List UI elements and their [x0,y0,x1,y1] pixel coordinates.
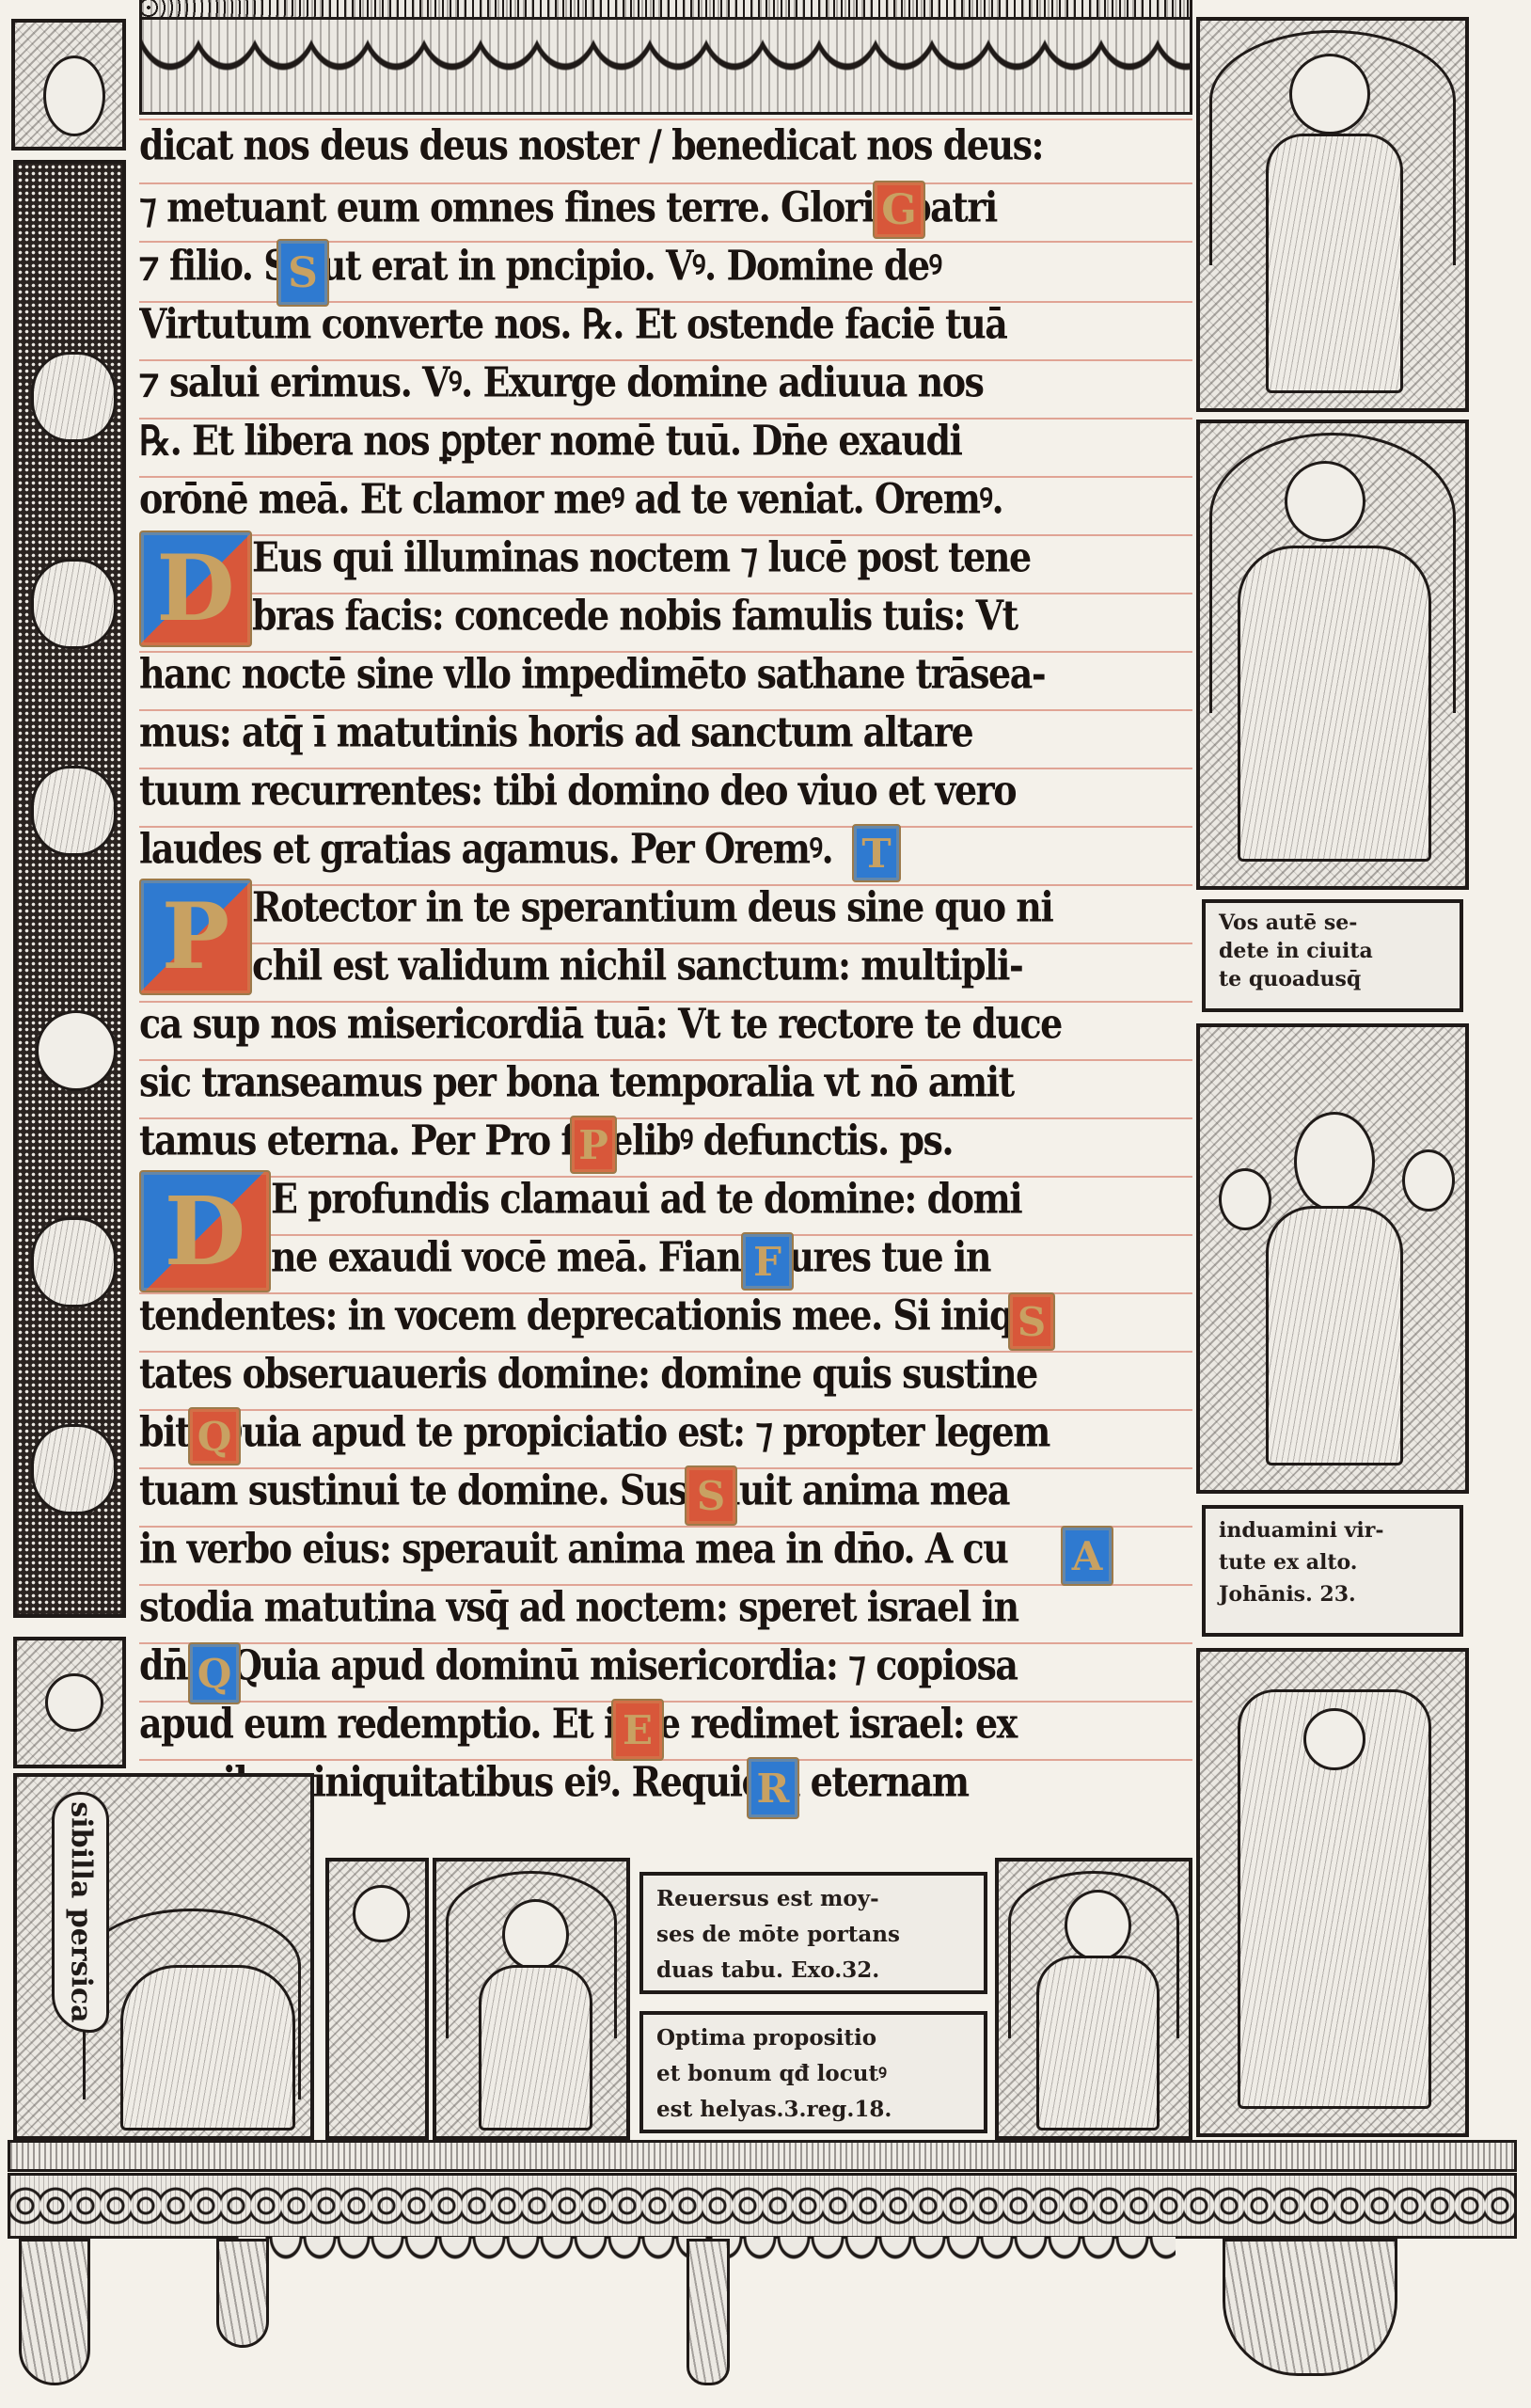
text-line: laudes et gratias agamus. Per Oremꝰ. [139,816,1192,882]
text-line: ℞. Et libera nos ꝑpter nomē tuū. Dn̄e ex… [139,407,1192,474]
left-rosette-ornament [13,1637,126,1768]
initial-Q-2: Q [188,1642,241,1704]
text-line: Rotector in te sperantium deus sine quo … [252,874,1192,941]
initial-T: T [852,824,901,882]
bottom-right-pendant [1223,2239,1397,2376]
text-line: in verbo eius: sperauit anima mea in dn̄… [139,1515,1192,1582]
left-acanthus-border [13,160,126,1618]
text-line: sic transeamus per bona temporalia vt nō… [139,1049,1192,1116]
text-line: ⁊ metuant eum omnes fines terre. Gloria … [139,174,1192,241]
right-woodcut-pentecost [1196,1023,1469,1494]
text-line: tuum recurrentes: tibi domino deo viuo e… [139,757,1192,824]
top-trefoil-trim [139,0,1192,20]
text-line: tamus eterna. Per Pro fidelibꝰ defunctis… [139,1107,1192,1174]
sibyl-name-scroll: sibilla persica [52,1792,109,2033]
bottom-center-pendant [216,2239,269,2348]
text-line: ⁊ salui erimus. Vꝰ. Exurge domine adiuua… [139,349,1192,416]
right-caption-induamini: induamini vir- tute ex alto. Johānis. 23… [1202,1505,1463,1637]
bottom-cornice [8,2140,1517,2172]
right-caption-vos-autem: Vos autē se- dete in ciuita te quoadusq̄ [1202,899,1463,1012]
main-text-block: dicat nos deus deus noster / benedicat n… [139,117,1192,1847]
initial-R: R [747,1757,799,1819]
initial-S-2: S [1008,1292,1055,1351]
initial-P: P [570,1116,617,1174]
text-line: dn̄o. Quia apud dominū misericordia: ⁊ c… [139,1632,1192,1699]
right-woodcut-seated-saint [1196,420,1469,890]
bottom-left-pendant [19,2239,90,2385]
text-line: E profundis clamaui ad te domine: domi [271,1165,1192,1232]
bottom-woodcut-prophet-with-book [995,1858,1192,2140]
text-line: chil est validum nichil sanctum: multipl… [252,932,1192,999]
initial-P-large: P [139,879,252,995]
text-line: dicat nos deus deus noster / benedicat n… [139,112,1192,179]
initial-G: G [873,181,925,239]
text-line: hanc noctē sine vllo impedimēto sathane … [139,641,1192,707]
text-line: stodia matutina vsq̄ ad noctem: speret i… [139,1574,1192,1640]
text-line: ne exaudi vocē meā. Fiant aures tue in [271,1224,1192,1291]
text-line: orōnē meā. Et clamor meꝰ ad te veniat. O… [139,466,1192,532]
initial-S-3: S [685,1465,737,1526]
text-line: ca sup nos misericordiā tuā: Vt te recto… [139,990,1192,1057]
initial-F: F [741,1232,794,1291]
initial-A: A [1061,1526,1113,1586]
bottom-woodcut-floral [325,1858,429,2140]
right-woodcut-saint-with-staff [1196,17,1469,412]
bottom-caption-helyas: Optima propositio et bonum qđ locutꝰ est… [639,2011,987,2133]
initial-D-profundis: D [139,1170,271,1292]
text-line: Eus qui illuminas noctem ⁊ lucē post ten… [252,524,1192,591]
manuscript-page: dicat nos deus deus noster / benedicat n… [0,0,1531,2408]
initial-E: E [611,1699,664,1761]
bottom-rosette-frieze [8,2173,1517,2239]
initial-S: S [276,239,329,307]
right-woodcut-group-scene [1196,1648,1469,2137]
text-line: apud eum redemptio. Et ipse redimet isra… [139,1690,1192,1757]
sibyl-name-label: sibilla persica [64,1801,97,2022]
left-initial-ornament [11,19,126,150]
initial-Q: Q [188,1407,241,1465]
text-line: bit. Quia apud te propiciatio est: ⁊ pro… [139,1399,1192,1465]
initial-D-large: D [139,531,252,647]
bottom-caption-moses: Reuersus est moy- ses de mōte portans du… [639,1872,987,1994]
text-line: bras facis: concede nobis famulis tuis: … [252,582,1192,649]
text-line: mus: atq̄ ī matutinis horis ad sanctum a… [139,699,1192,766]
text-line: tuam sustinui te domine. Sustinuit anima… [139,1457,1192,1524]
bottom-middle-pendant [687,2239,730,2385]
bottom-woodcut-prophet-reading [433,1858,630,2140]
